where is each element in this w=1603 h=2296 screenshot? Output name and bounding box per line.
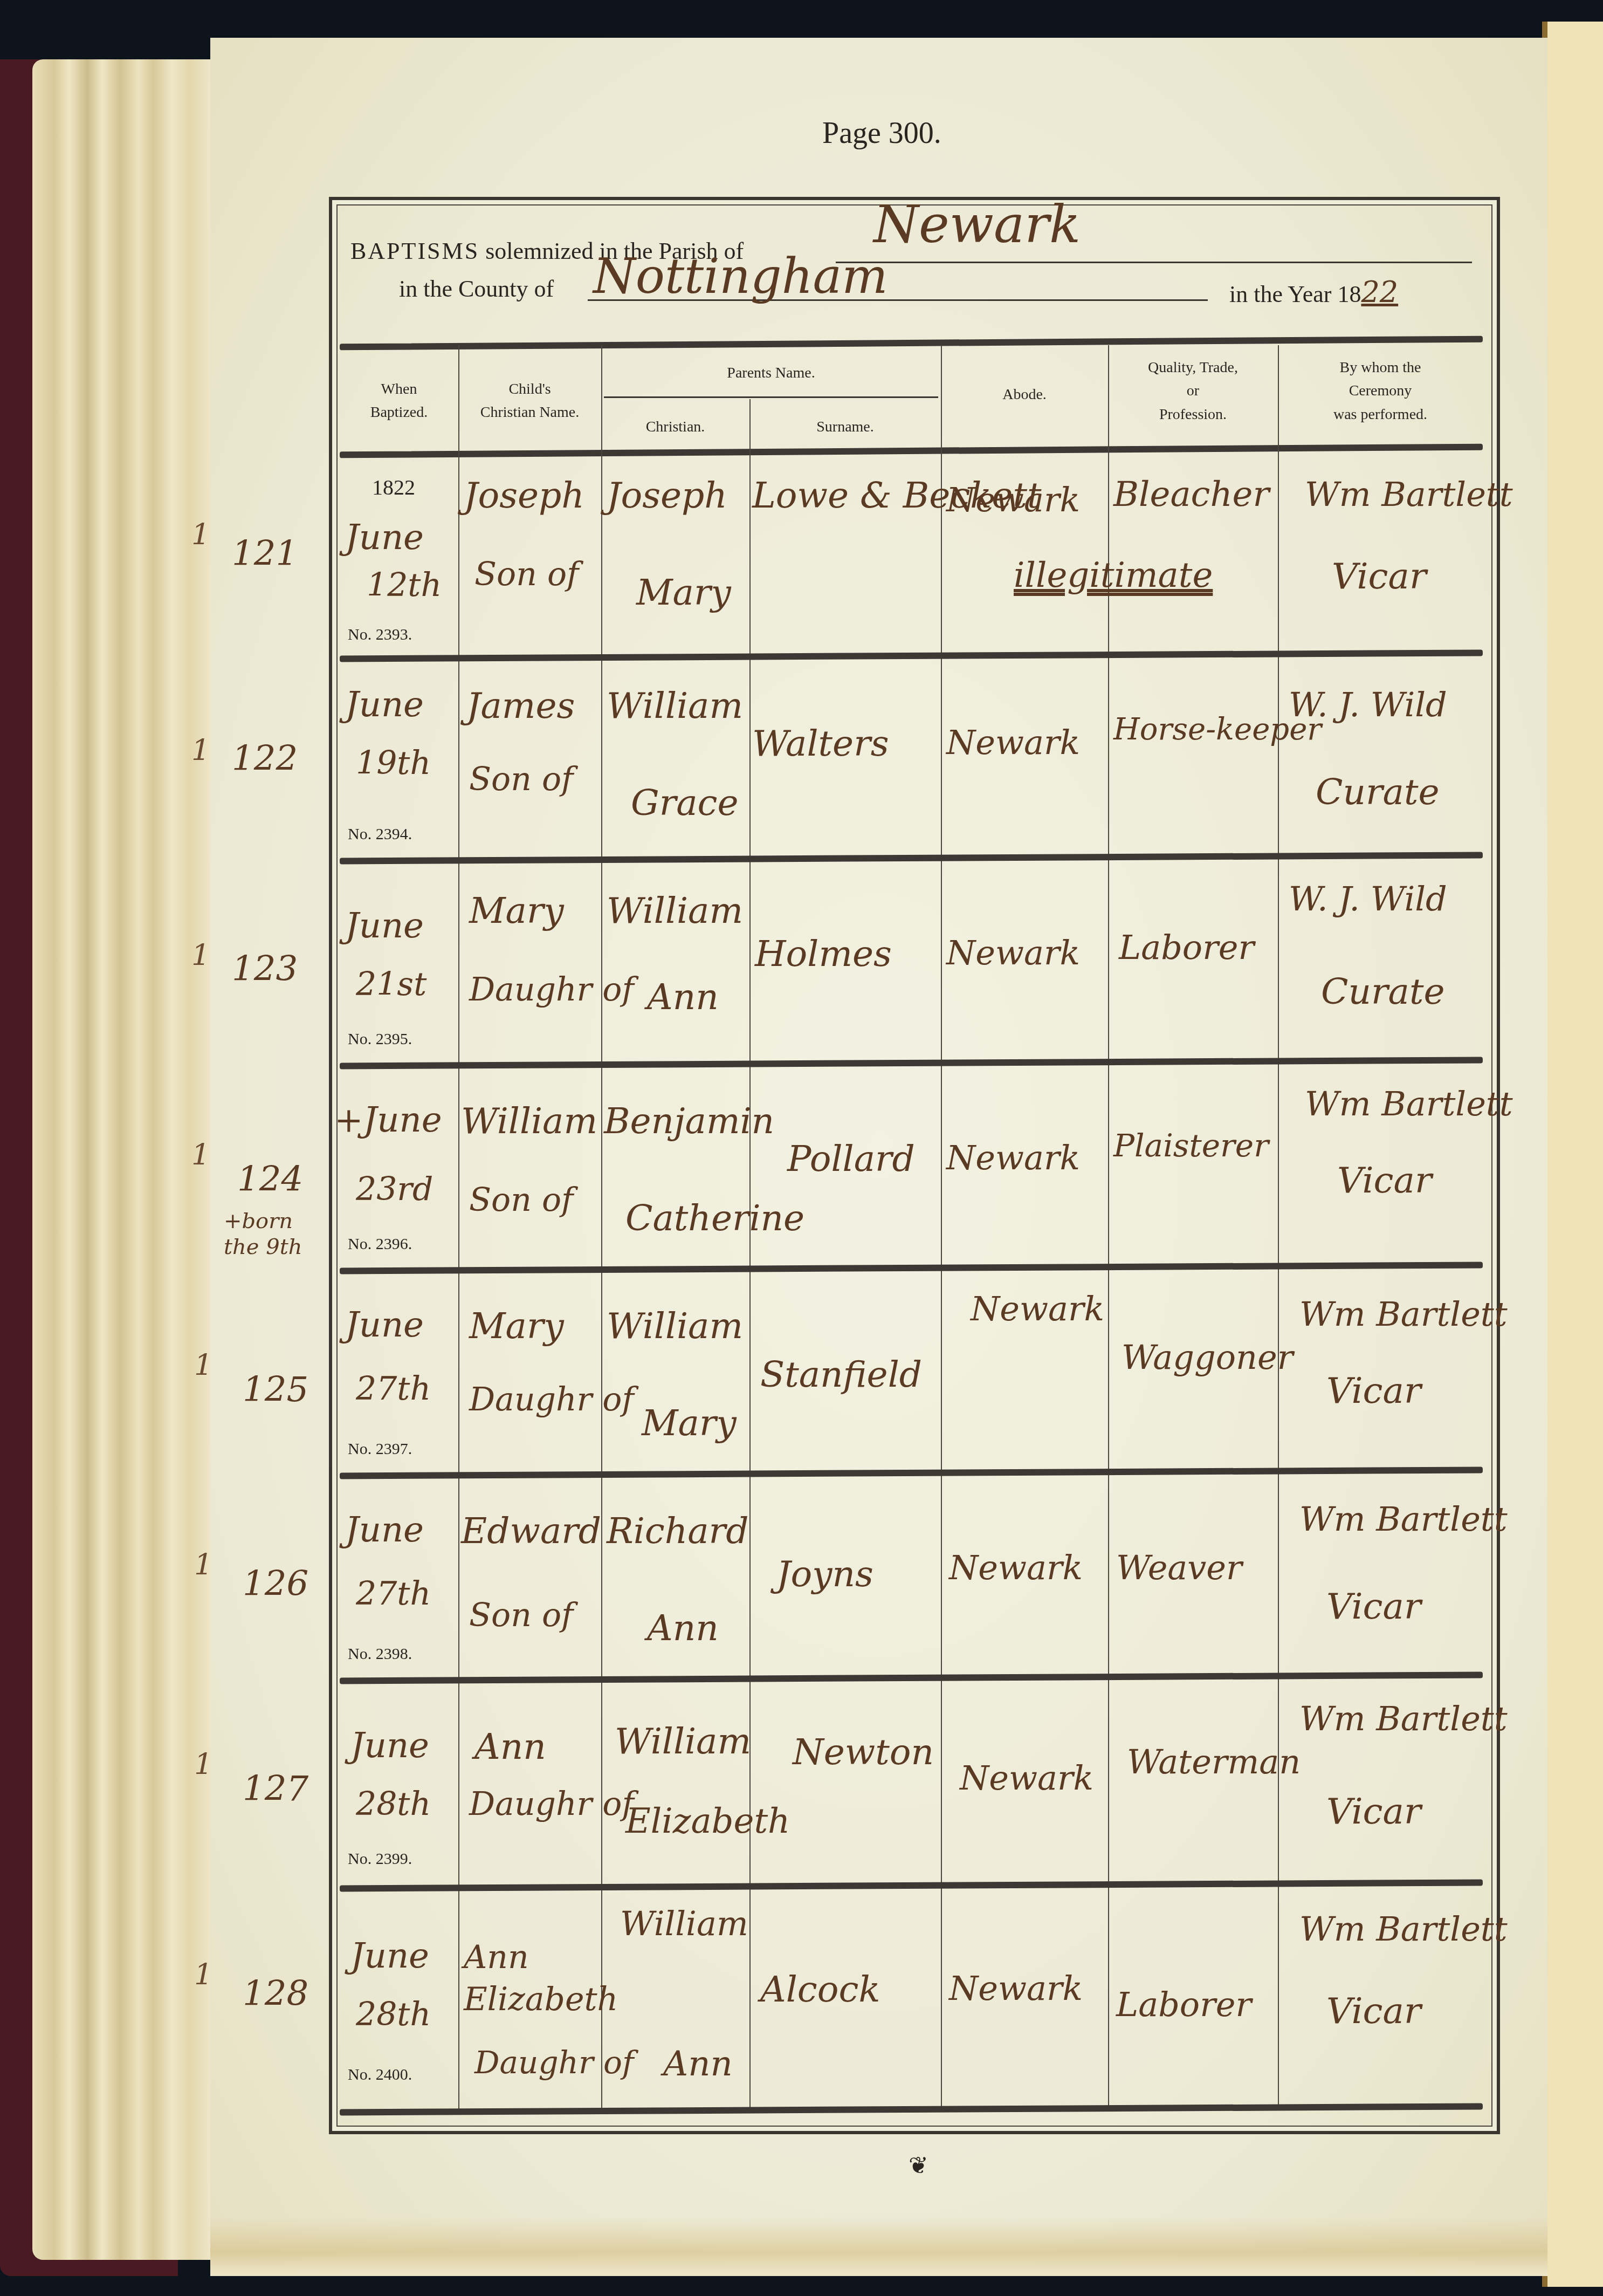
trade: Bleacher xyxy=(1113,475,1269,515)
year-note: 1822 xyxy=(372,475,415,500)
surname: Joyns xyxy=(776,1553,873,1595)
register-number: No. 2397. xyxy=(348,1440,412,1458)
register-number: No. 2398. xyxy=(348,1645,412,1663)
margin-mark: 1 xyxy=(191,938,210,972)
baptism-month: June xyxy=(345,685,424,725)
father-name: William xyxy=(615,1721,751,1762)
relation: Daughr of xyxy=(469,1381,634,1418)
father-name: William xyxy=(607,1305,743,1347)
margin-number: 124 xyxy=(237,1160,303,1200)
baptism-month: +June xyxy=(334,1100,442,1140)
abode: Newark xyxy=(949,1969,1083,2008)
header-officiant: By whom the Ceremony was performed. xyxy=(1278,356,1483,426)
abode: Newark xyxy=(971,1289,1104,1328)
officiant-title: Curate xyxy=(1316,771,1440,813)
col-line-4 xyxy=(941,345,942,2109)
mother-name: Elizabeth xyxy=(625,1801,790,1841)
entry-note: illegitimate xyxy=(1014,556,1213,595)
abode: Newark xyxy=(946,933,1080,972)
trade: Plaisterer xyxy=(1113,1127,1269,1164)
margin-note: +born the 9th xyxy=(224,1208,321,1260)
surname: Newton xyxy=(793,1731,934,1773)
child-name: Edward xyxy=(461,1510,601,1552)
register-number: No. 2395. xyxy=(348,1030,412,1048)
officiant-name: W. J. Wild xyxy=(1289,685,1447,724)
child-name: Ann Elizabeth xyxy=(464,1936,604,2020)
surname: Alcock xyxy=(760,1969,880,2010)
child-name: Mary xyxy=(469,890,564,931)
officiant-title: Vicar xyxy=(1332,556,1426,597)
baptism-month: June xyxy=(345,1510,424,1550)
baptism-month: June xyxy=(345,518,424,558)
margin-number: 122 xyxy=(232,739,298,779)
margin-mark: 1 xyxy=(191,518,210,552)
baptism-month: June xyxy=(345,906,424,946)
margin-mark: 1 xyxy=(194,1747,212,1781)
col-line-5 xyxy=(1108,345,1109,2109)
relation: Daughr of xyxy=(474,2044,634,2081)
baptism-day: 12th xyxy=(367,566,442,604)
father-name: Benjamin xyxy=(604,1100,774,1142)
header-parents-surname: Surname. xyxy=(749,415,941,438)
relation: Daughr of xyxy=(469,971,634,1009)
title-baptisms: BAPTISMS xyxy=(350,238,479,264)
abode: Newark xyxy=(946,723,1080,762)
parish-underline xyxy=(836,262,1472,263)
relation: Son of xyxy=(469,1181,573,1219)
surname: Walters xyxy=(752,723,889,764)
officiant-title: Vicar xyxy=(1326,1791,1421,1832)
abode: Newark xyxy=(946,1138,1080,1177)
officiant-title: Vicar xyxy=(1326,1370,1421,1411)
surname: Stanfield xyxy=(760,1354,922,1395)
officiant-title: Vicar xyxy=(1337,1160,1432,1201)
header-trade: Quality, Trade, or Profession. xyxy=(1108,356,1278,426)
baptism-month: June xyxy=(350,1936,429,1976)
father-name: Richard xyxy=(607,1510,748,1552)
mother-name: Mary xyxy=(642,1402,737,1444)
officiant-name: Wm Bartlett xyxy=(1299,1294,1508,1334)
margin-number: 121 xyxy=(232,534,298,574)
officiant-name: Wm Bartlett xyxy=(1305,1084,1513,1123)
child-name: William xyxy=(461,1100,597,1142)
baptism-month: June xyxy=(350,1726,429,1766)
relation: Daughr of xyxy=(469,1785,634,1823)
baptism-month: June xyxy=(345,1305,424,1345)
col-line-1 xyxy=(458,345,459,2109)
register-number: No. 2394. xyxy=(348,825,412,844)
mother-name: Ann xyxy=(647,1607,719,1649)
header-child-name: Child's Christian Name. xyxy=(458,378,601,424)
surname: Pollard xyxy=(787,1138,915,1180)
officiant-title: Curate xyxy=(1321,971,1445,1012)
baptism-day: 19th xyxy=(356,744,431,782)
officiant-name: W. J. Wild xyxy=(1289,879,1447,919)
year-prefix: in the Year 18 xyxy=(1229,281,1361,307)
page-number: Page 300. xyxy=(822,116,941,150)
register-number: No. 2393. xyxy=(348,626,412,644)
next-page-edge xyxy=(1542,22,1603,2287)
margin-number: 126 xyxy=(243,1564,308,1604)
margin-mark: 1 xyxy=(191,734,210,767)
baptism-day: 27th xyxy=(356,1370,431,1408)
margin-mark: 1 xyxy=(194,1958,212,1992)
margin-number: 123 xyxy=(232,949,298,989)
officiant-name: Wm Bartlett xyxy=(1299,1909,1508,1949)
father-name: William xyxy=(607,685,743,727)
abode: Newark xyxy=(946,480,1080,519)
surname: Holmes xyxy=(755,933,892,975)
parents-divider xyxy=(604,396,938,398)
officiant-title: Vicar xyxy=(1326,1990,1421,2032)
relation: Son of xyxy=(469,760,573,798)
margin-number: 127 xyxy=(243,1769,308,1809)
year-suffix: 22 xyxy=(1361,275,1398,309)
trade: Laborer xyxy=(1116,1985,1251,2024)
parish-value: Newark xyxy=(873,194,1081,255)
abode: Newark xyxy=(960,1758,1093,1798)
margin-number: 125 xyxy=(243,1370,308,1410)
header-abode: Abode. xyxy=(941,383,1108,406)
father-name: William xyxy=(620,1904,748,1943)
margin-mark: 1 xyxy=(194,1548,212,1582)
father-name: William xyxy=(607,890,743,931)
father-name: Joseph xyxy=(607,475,727,516)
header-parents-name: Parents Name. xyxy=(601,361,941,385)
col-line-6 xyxy=(1278,345,1279,2109)
mother-name: Ann xyxy=(647,976,719,1018)
margin-mark: 1 xyxy=(194,1348,212,1382)
trade: Waterman xyxy=(1127,1742,1301,1781)
register-number: No. 2396. xyxy=(348,1235,412,1253)
county-label: in the County of xyxy=(399,275,554,303)
officiant-name: Wm Bartlett xyxy=(1299,1699,1508,1738)
register-number: No. 2399. xyxy=(348,1850,412,1868)
baptism-day: 27th xyxy=(356,1575,431,1613)
mother-name: Catherine xyxy=(625,1197,804,1239)
baptism-day: 21st xyxy=(356,965,426,1003)
margin-mark: 1 xyxy=(191,1138,210,1172)
abode: Newark xyxy=(949,1548,1083,1587)
child-name: James xyxy=(466,685,575,727)
header-when-baptized: When Baptized. xyxy=(340,378,458,424)
trade: Waggoner xyxy=(1122,1338,1293,1377)
page-stack-edges xyxy=(32,59,216,2260)
mother-name: Ann xyxy=(663,2044,733,2084)
child-name: Mary xyxy=(469,1305,564,1347)
ornament-icon: ❦ xyxy=(909,2152,928,2180)
child-name: Ann xyxy=(474,1726,546,1767)
mother-name: Grace xyxy=(631,782,739,824)
register-number: No. 2400. xyxy=(348,2066,412,2084)
child-name: Joseph xyxy=(464,475,584,516)
header-parents-christian: Christian. xyxy=(601,415,749,438)
margin-number: 128 xyxy=(243,1974,308,2014)
baptism-day: 28th xyxy=(356,1996,431,2033)
officiant-title: Vicar xyxy=(1326,1586,1421,1627)
baptism-day: 28th xyxy=(356,1785,431,1823)
officiant-name: Wm Bartlett xyxy=(1305,475,1513,514)
relation: Son of xyxy=(469,1596,573,1634)
trade: Weaver xyxy=(1116,1548,1242,1587)
mother-name: Mary xyxy=(636,572,731,613)
relation: Son of xyxy=(474,556,579,593)
year-label: in the Year 1822 xyxy=(1229,275,1398,309)
officiant-name: Wm Bartlett xyxy=(1299,1499,1508,1539)
col-line-2 xyxy=(601,345,602,2109)
county-value: Nottingham xyxy=(593,248,888,305)
page-stain xyxy=(210,2217,1547,2276)
trade: Laborer xyxy=(1119,928,1254,967)
baptism-day: 23rd xyxy=(356,1170,433,1208)
